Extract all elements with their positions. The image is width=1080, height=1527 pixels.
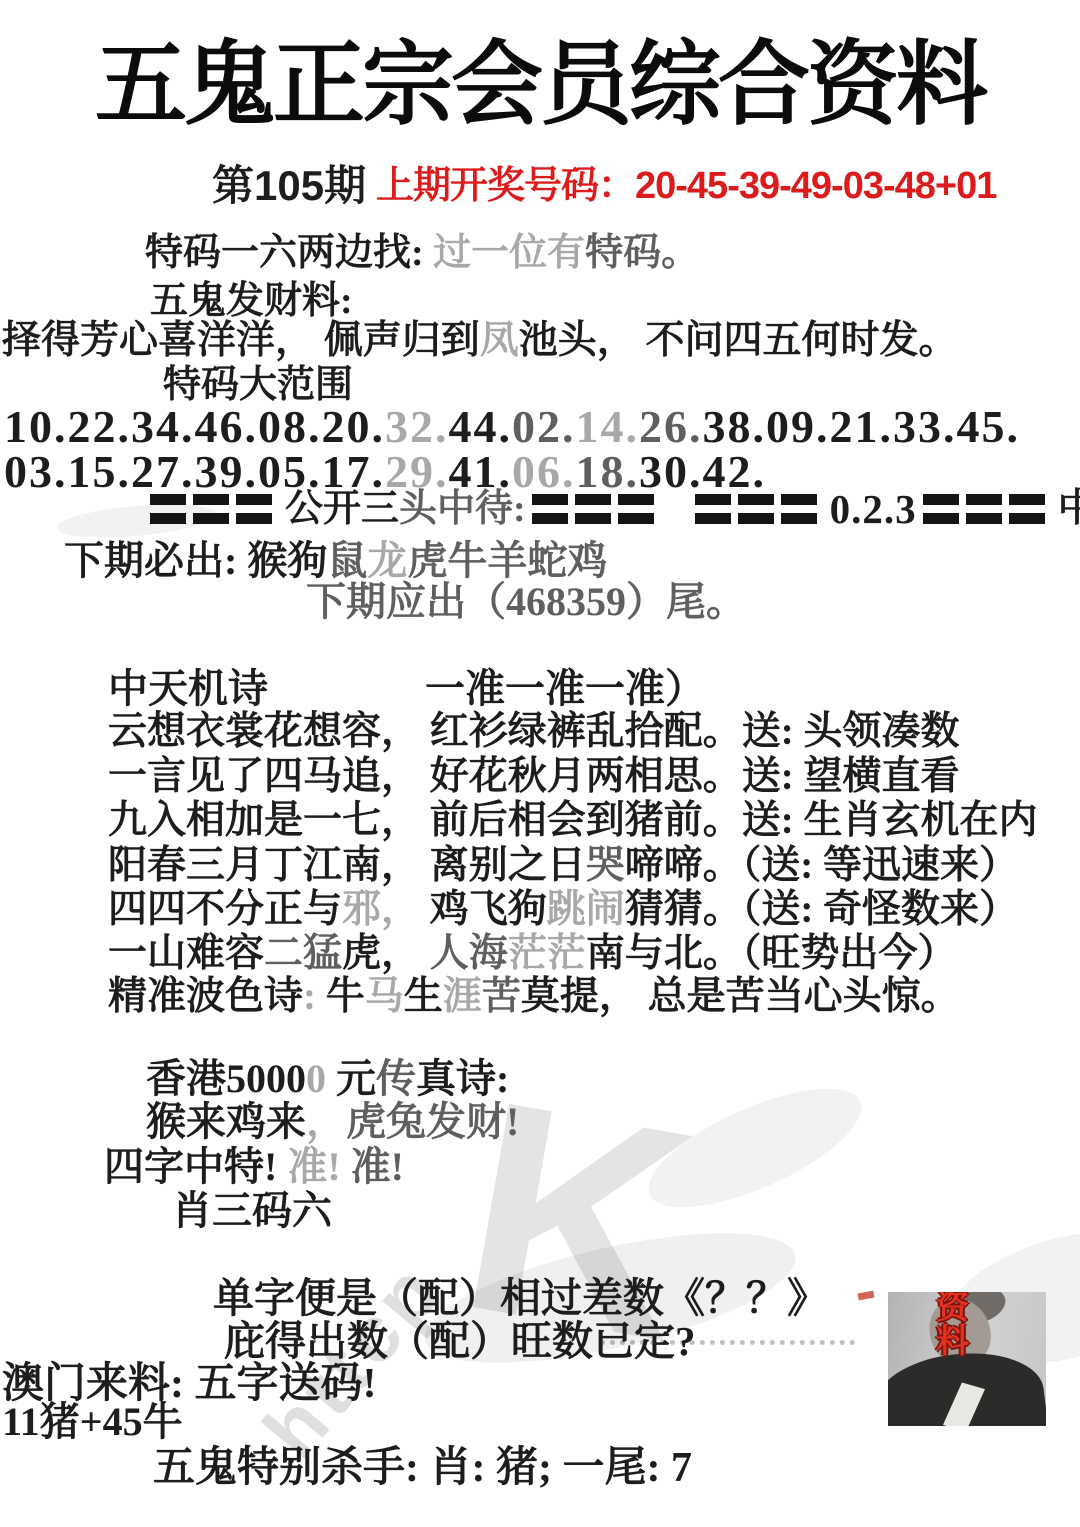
divider-bars-icon <box>695 494 824 524</box>
red-ink-mark <box>858 1291 875 1301</box>
three-heads-line: 公开三头中待: 0.2.3 中 <box>146 487 1080 531</box>
special-code-find-line: 特码一六两边找: 过一位有特码。 <box>145 233 699 274</box>
fortune-label: 五鬼发财料: <box>150 281 353 322</box>
poem-line: 九入相加是一七， 前后相会到猪前。送: 生肖玄机在内 <box>108 800 1038 842</box>
divider-bars-icon <box>923 494 1052 524</box>
bottom-line-2: 庇得出数（配）旺数已定? <box>224 1319 696 1363</box>
poem-line: 一言见了四马追， 好花秋月两相思。送: 望横直看 <box>108 756 960 798</box>
divider-bars-icon <box>150 494 279 524</box>
zodiac-pair-line: 11猪+45牛 <box>2 1400 183 1443</box>
fax-poem-line: 猴来鸡来，虎兔发财! <box>146 1100 519 1143</box>
last-draw-numbers: 上期开奖号码：20-45-39-49-03-48+01 <box>376 166 996 207</box>
tip-sheet-page: K httcp 五鬼正宗会员综合资料 第105期 上期开奖号码：20-45-39… <box>0 0 1080 1527</box>
divider-bars-icon <box>532 494 661 524</box>
next-must-out-line: 下期必出: 猴狗鼠龙虎牛羊蛇鸡 <box>64 539 607 582</box>
fax-poem-heading: 香港50000 元传真诗: <box>146 1057 509 1100</box>
red-stamp-char: 料 <box>936 1326 969 1360</box>
range-numbers-line-1: 10.22.34.46.08.20.32.44.02.14.26.38.09.2… <box>4 402 1020 452</box>
person-photo: 资 料 <box>888 1292 1046 1426</box>
fax-poem-line: 肖三码六 <box>172 1189 332 1232</box>
three-heads-suffix: 中 <box>1058 488 1080 530</box>
three-heads-label: 公开三头中待: <box>285 489 526 530</box>
poem-line: 云想衣裳花想容， 红衫绿裤乱拾配。送: 头领凑数 <box>108 711 960 753</box>
fax-poem-line: 四字中特! 准! 准! <box>104 1145 404 1188</box>
red-stamp: 资 料 <box>936 1292 969 1359</box>
wave-color-poem-line: 精准波色诗: 牛马生涯苦莫提， 总是苦当心头惊。 <box>108 976 960 1018</box>
poem-title-note: 一准一准一准） <box>425 667 705 710</box>
next-should-out-line: 下期应出（468359）尾。 <box>306 580 746 623</box>
killer-line: 五鬼特别杀手: 肖: 猪; 一尾: 7 <box>153 1446 692 1491</box>
page-title: 五鬼正宗会员综合资料 <box>0 36 1080 135</box>
three-heads-numbers: 0.2.3 <box>830 487 917 531</box>
poem-line: 一山难容二猛虎， 人海茫茫南与北。（旺势出今） <box>108 933 956 975</box>
fortune-poem: 择得芳心喜洋洋， 佩声归到凤池头， 不问四五何时发。 <box>2 320 958 362</box>
range-label: 特码大范围 <box>163 365 353 406</box>
scan-smudge <box>634 1065 877 1232</box>
issue-label: 第105期 <box>212 163 366 208</box>
poem-line: 阳春三月丁江南， 离别之日哭啼啼。（送: 等迅速来） <box>108 845 1018 887</box>
poem-line: 四四不分正与邪， 鸡飞狗跳闹猜猜。（送: 奇怪数来） <box>108 889 1018 931</box>
poem-title: 中天机诗 <box>108 667 268 710</box>
bottom-line-1: 单字便是（配）相过差数《？？》 <box>213 1276 828 1320</box>
red-stamp-char: 资 <box>936 1292 969 1326</box>
